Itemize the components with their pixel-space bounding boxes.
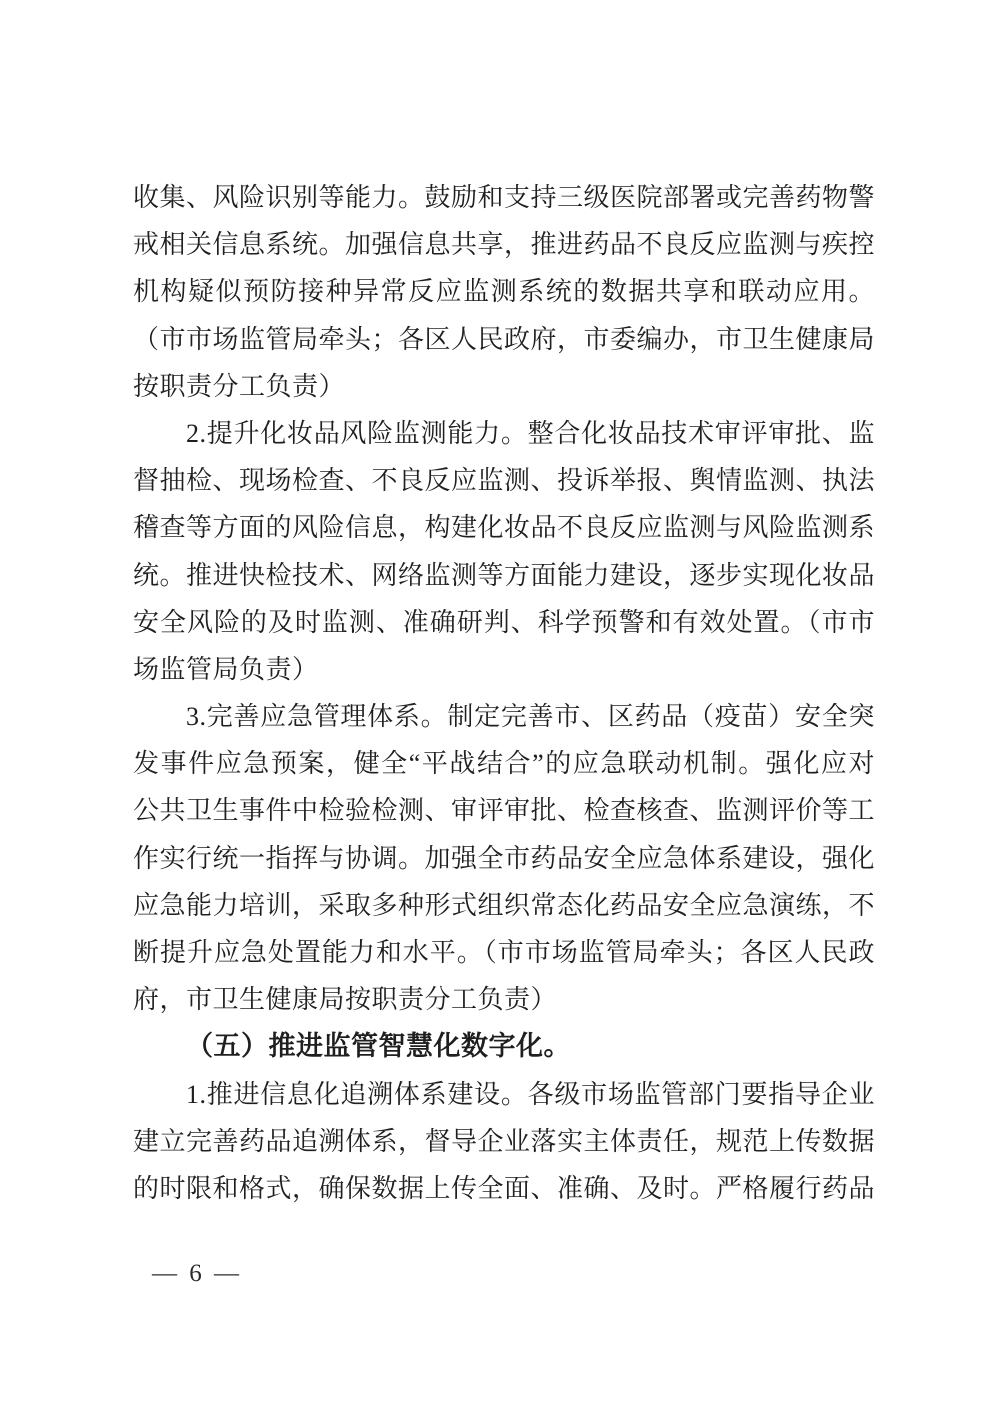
text-line: 按职责分工负责） [133, 363, 875, 410]
text-line: 1.推进信息化追溯体系建设。各级市场监管部门要指导企业 [133, 1071, 875, 1118]
text-line: 公共卫生事件中检验检测、审评审批、检查核查、监测评价等工 [133, 787, 875, 834]
text-line: 督抽检、现场检查、不良反应监测、投诉举报、舆情监测、执法 [133, 457, 875, 504]
text-line: 统。推进快检技术、网络监测等方面能力建设，逐步实现化妆品 [133, 552, 875, 599]
section-heading: （五）推进监管智慧化数字化。 [133, 1023, 875, 1070]
text-line: 3.完善应急管理体系。制定完善市、区药品（疫苗）安全突 [133, 693, 875, 740]
text-line: 的时限和格式，确保数据上传全面、准确、及时。严格履行药品 [133, 1165, 875, 1212]
text-line: 机构疑似预防接种异常反应监测系统的数据共享和联动应用。 [133, 268, 875, 315]
text-line: 发事件应急预案，健全“平战结合”的应急联动机制。强化应对 [133, 740, 875, 787]
text-line: 应急能力培训，采取多种形式组织常态化药品安全应急演练，不 [133, 882, 875, 929]
document-page: 收集、风险识别等能力。鼓励和支持三级医院部署或完善药物警戒相关信息系统。加强信息… [0, 0, 1000, 1414]
text-line: 戒相关信息系统。加强信息共享，推进药品不良反应监测与疾控 [133, 221, 875, 268]
text-line: 收集、风险识别等能力。鼓励和支持三级医院部署或完善药物警 [133, 174, 875, 221]
document-body: 收集、风险识别等能力。鼓励和支持三级医院部署或完善药物警戒相关信息系统。加强信息… [133, 174, 875, 1212]
text-line: （市市场监管局牵头；各区人民政府，市委编办，市卫生健康局 [133, 316, 875, 363]
text-line: 安全风险的及时监测、准确研判、科学预警和有效处置。（市市 [133, 599, 875, 646]
text-line: 作实行统一指挥与协调。加强全市药品安全应急体系建设，强化 [133, 835, 875, 882]
text-line: 场监管局负责） [133, 646, 875, 693]
text-line: 稽查等方面的风险信息，构建化妆品不良反应监测与风险监测系 [133, 504, 875, 551]
text-line: 断提升应急处置能力和水平。（市市场监管局牵头；各区人民政 [133, 929, 875, 976]
text-line: 2.提升化妆品风险监测能力。整合化妆品技术审评审批、监 [133, 410, 875, 457]
text-line: 建立完善药品追溯体系，督导企业落实主体责任，规范上传数据 [133, 1118, 875, 1165]
page-number: — 6 — [152, 1258, 242, 1290]
text-line: 府，市卫生健康局按职责分工负责） [133, 976, 875, 1023]
